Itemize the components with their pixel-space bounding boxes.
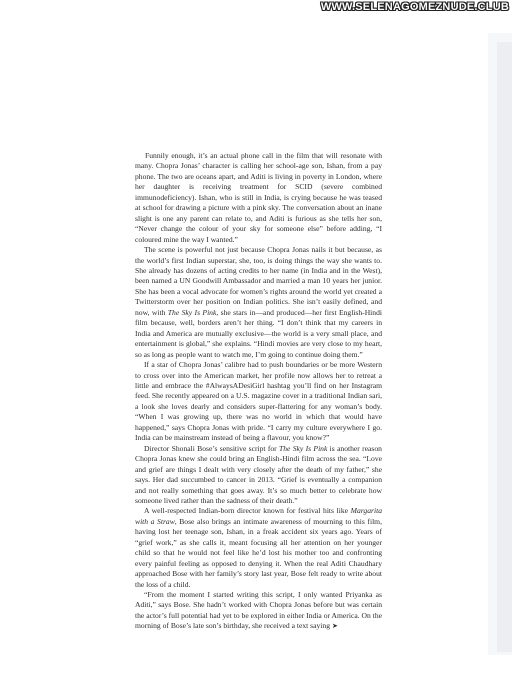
- adjacent-page-edge-shadow: [497, 42, 512, 652]
- paragraph-text: , Bose also brings an intimate awareness…: [135, 517, 382, 589]
- article-paragraph: The scene is powerful not just because C…: [135, 245, 382, 360]
- article-paragraph: “From the moment I started writing this …: [135, 590, 382, 632]
- paragraph-text: “From the moment I started writing this …: [135, 590, 382, 630]
- continued-arrow-icon: ➤: [332, 622, 338, 630]
- paragraph-text: The scene is powerful not just because C…: [135, 245, 382, 317]
- paragraph-text: Director Shonali Bose’s sensitive script…: [144, 444, 279, 453]
- watermark-text: WWW.SELENAGOMEZNUDE.CLUB: [321, 1, 509, 13]
- paragraph-text: Funnily enough, it’s an actual phone cal…: [135, 151, 382, 244]
- article-paragraph: A well-respected Indian-born director kn…: [135, 506, 382, 590]
- article-paragraph: Funnily enough, it’s an actual phone cal…: [135, 151, 382, 245]
- film-title: The Sky Is Pink: [168, 308, 217, 317]
- article-paragraph: Director Shonali Bose’s sensitive script…: [135, 444, 382, 507]
- article-body: Funnily enough, it’s an actual phone cal…: [135, 151, 382, 632]
- article-paragraph: If a star of Chopra Jonas’ calibre had t…: [135, 360, 382, 444]
- paragraph-text: A well-respected Indian-born director kn…: [144, 506, 351, 515]
- film-title: The Sky Is Pink: [279, 444, 327, 453]
- paragraph-text: If a star of Chopra Jonas’ calibre had t…: [135, 360, 382, 442]
